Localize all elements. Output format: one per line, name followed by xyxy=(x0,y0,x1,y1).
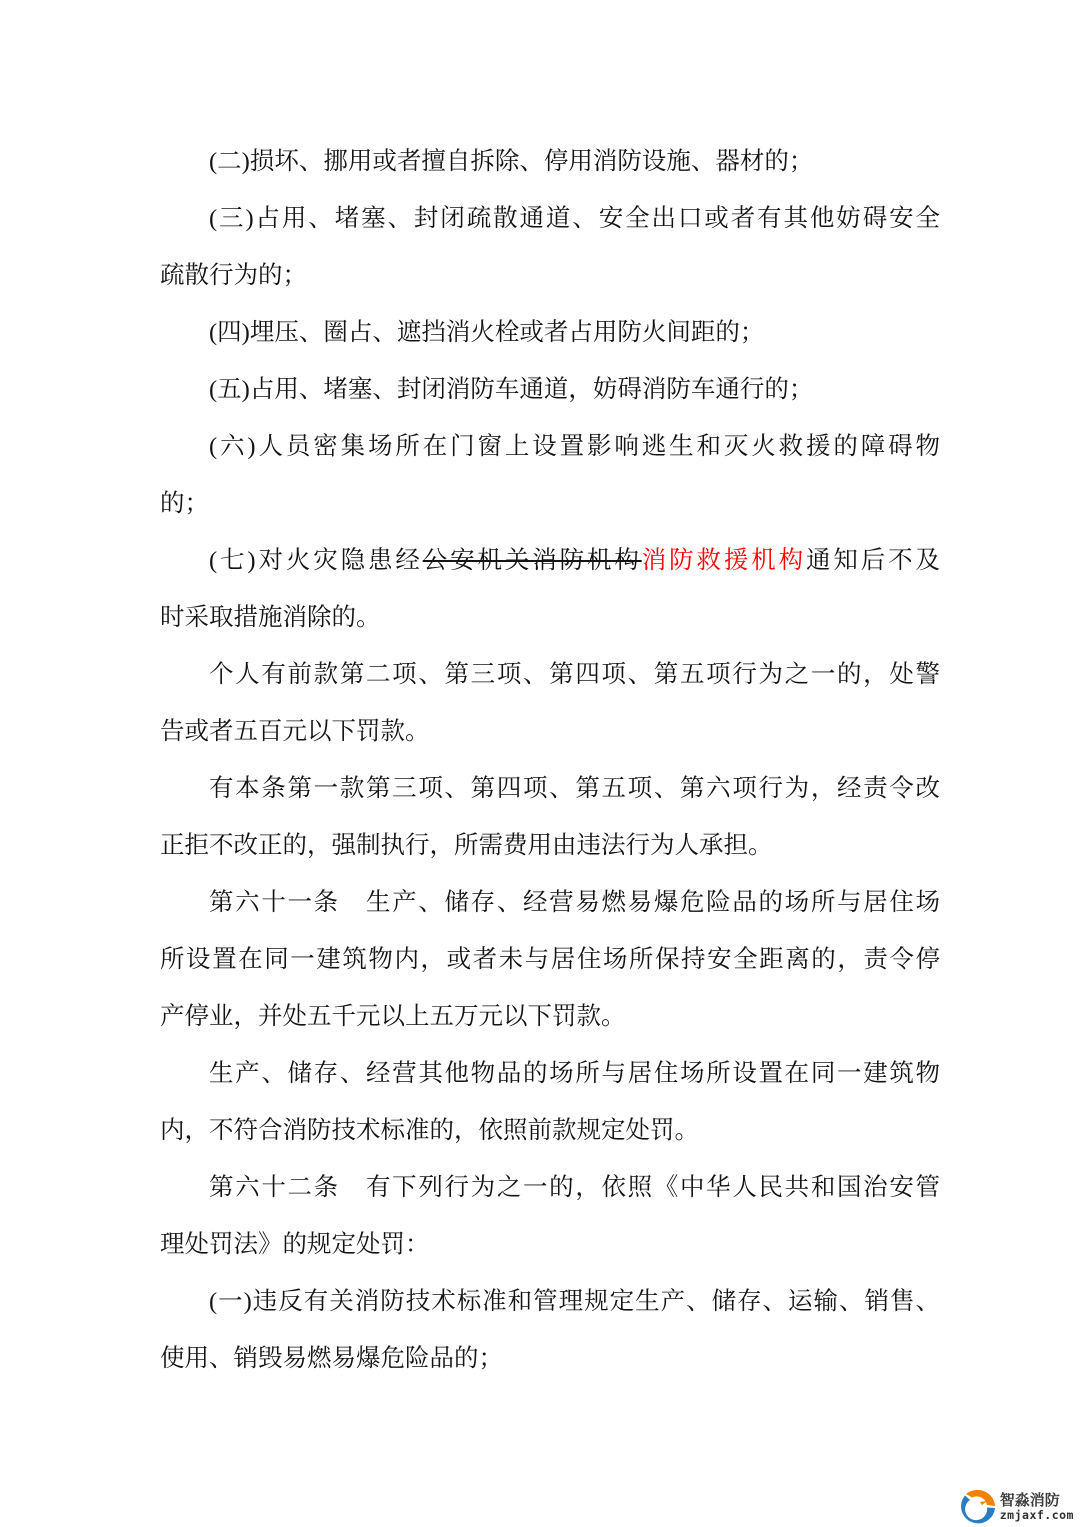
text-line: (一)违反有关消防技术标准和管理规定生产、储存、运输、销售、 xyxy=(160,1273,940,1330)
text-segment: 时采取措施消除的。 xyxy=(160,604,381,631)
text-line: 第六十二条 有下列行为之一的，依照《中华人民共和国治安管 xyxy=(160,1159,940,1216)
watermark-domain: zmjaxf.com xyxy=(1000,1509,1074,1521)
site-watermark[interactable]: 智淼消防 zmjaxf.com xyxy=(960,1489,1074,1525)
text-line: 正拒不改正的，强制执行，所需费用由违法行为人承担。 xyxy=(160,817,940,874)
text-line: 使用、销毁易燃易爆危险品的； xyxy=(160,1330,940,1387)
text-segment: (二)损坏、挪用或者擅自拆除、停用消防设施、器材的； xyxy=(209,148,813,175)
text-segment: 的； xyxy=(160,490,209,517)
text-segment: 第六十一条 生产、储存、经营易燃易爆危险品的场所与居住场 xyxy=(209,889,940,916)
deleted-text: 公安机关消防机构 xyxy=(423,547,642,574)
text-segment: 个人有前款第二项、第三项、第四项、第五项行为之一的，处警 xyxy=(209,661,940,688)
text-line: 疏散行为的； xyxy=(160,247,940,304)
text-segment: 生产、储存、经营其他物品的场所与居住场所设置在同一建筑物 xyxy=(209,1060,940,1087)
text-segment: 第六十二条 有下列行为之一的，依照《中华人民共和国治安管 xyxy=(209,1174,940,1201)
text-line: (五)占用、堵塞、封闭消防车通道，妨碍消防车通行的； xyxy=(160,361,940,418)
text-segment: 通知后不及 xyxy=(806,547,940,574)
text-line: 所设置在同一建筑物内，或者未与居住场所保持安全距离的，责令停 xyxy=(160,931,940,988)
text-segment: 告或者五百元以下罚款。 xyxy=(160,718,430,745)
text-segment: 产停业，并处五千元以上五万元以下罚款。 xyxy=(160,1003,626,1030)
text-line: 产停业，并处五千元以上五万元以下罚款。 xyxy=(160,988,940,1045)
text-line: 时采取措施消除的。 xyxy=(160,589,940,646)
text-line: (二)损坏、挪用或者擅自拆除、停用消防设施、器材的； xyxy=(160,133,940,190)
text-segment: 使用、销毁易燃易爆危险品的； xyxy=(160,1345,503,1372)
text-line: 个人有前款第二项、第三项、第四项、第五项行为之一的，处警 xyxy=(160,646,940,703)
text-line: 的； xyxy=(160,475,940,532)
text-line: 生产、储存、经营其他物品的场所与居住场所设置在同一建筑物 xyxy=(160,1045,940,1102)
text-segment: 有本条第一款第三项、第四项、第五项、第六项行为，经责令改 xyxy=(209,775,940,802)
zhimiao-logo-icon xyxy=(960,1489,996,1525)
text-segment: 疏散行为的； xyxy=(160,262,307,289)
text-line: (四)埋压、圈占、遮挡消火栓或者占用防火间距的； xyxy=(160,304,940,361)
text-segment: 理处罚法》的规定处罚： xyxy=(160,1231,430,1258)
watermark-text: 智淼消防 zmjaxf.com xyxy=(1000,1493,1074,1521)
text-line: 告或者五百元以下罚款。 xyxy=(160,703,940,760)
text-segment: (四)埋压、圈占、遮挡消火栓或者占用防火间距的； xyxy=(209,319,764,346)
text-line: 理处罚法》的规定处罚： xyxy=(160,1216,940,1273)
text-segment: (五)占用、堵塞、封闭消防车通道，妨碍消防车通行的； xyxy=(209,376,813,403)
text-line: (六)人员密集场所在门窗上设置影响逃生和灭火救援的障碍物 xyxy=(160,418,940,475)
text-segment: (三)占用、堵塞、封闭疏散通道、安全出口或者有其他妨碍安全 xyxy=(209,205,940,232)
text-line: 第六十一条 生产、储存、经营易燃易爆危险品的场所与居住场 xyxy=(160,874,940,931)
text-segment: 内，不符合消防技术标准的，依照前款规定处罚。 xyxy=(160,1117,699,1144)
inserted-text: 消防救援机构 xyxy=(642,547,806,574)
text-segment: (一)违反有关消防技术标准和管理规定生产、储存、运输、销售、 xyxy=(209,1288,940,1315)
text-segment: (六)人员密集场所在门窗上设置影响逃生和灭火救援的障碍物 xyxy=(209,433,940,460)
text-segment: 所设置在同一建筑物内，或者未与居住场所保持安全距离的，责令停 xyxy=(160,946,940,973)
watermark-brand-name: 智淼消防 xyxy=(1000,1493,1074,1509)
text-segment: 正拒不改正的，强制执行，所需费用由违法行为人承担。 xyxy=(160,832,773,859)
text-line: 有本条第一款第三项、第四项、第五项、第六项行为，经责令改 xyxy=(160,760,940,817)
text-line: (三)占用、堵塞、封闭疏散通道、安全出口或者有其他妨碍安全 xyxy=(160,190,940,247)
document-body: (二)损坏、挪用或者擅自拆除、停用消防设施、器材的；(三)占用、堵塞、封闭疏散通… xyxy=(160,133,940,1387)
text-segment: (七)对火灾隐患经 xyxy=(209,547,423,574)
text-line: 内，不符合消防技术标准的，依照前款规定处罚。 xyxy=(160,1102,940,1159)
text-line: (七)对火灾隐患经公安机关消防机构消防救援机构通知后不及 xyxy=(160,532,940,589)
